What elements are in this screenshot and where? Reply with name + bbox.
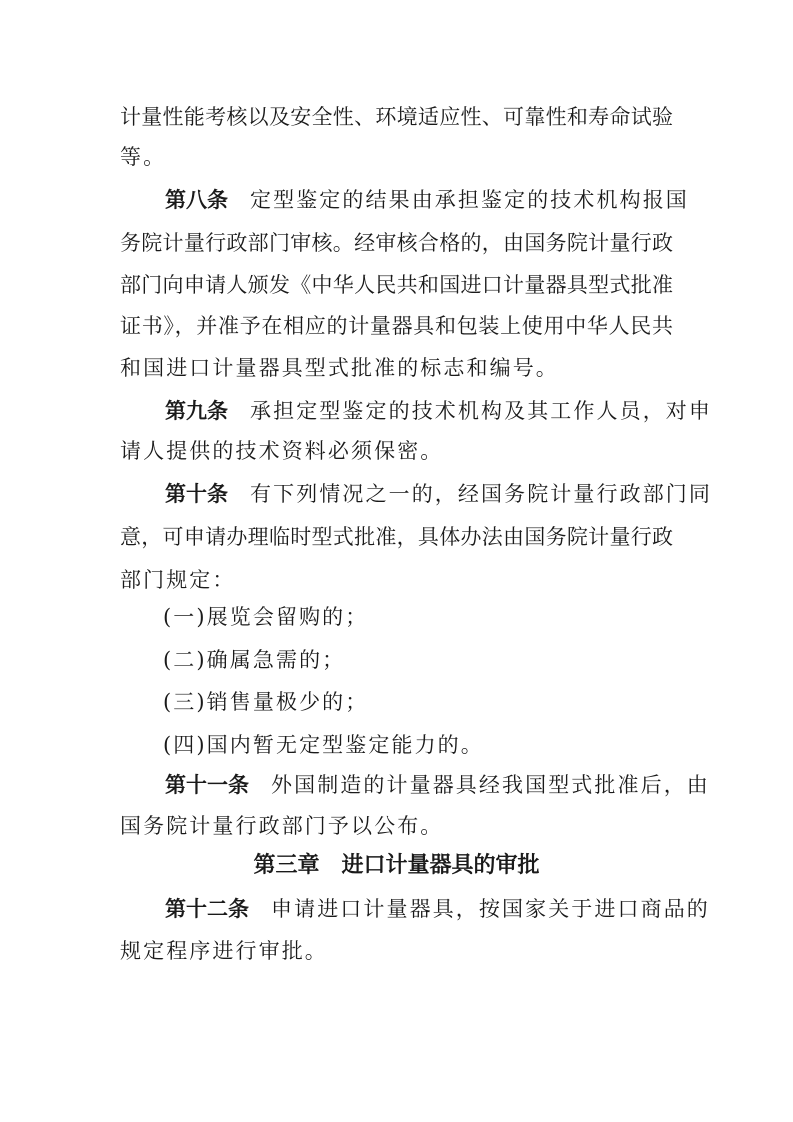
chapter-number: 第三章 [253,853,319,878]
list-item: (四)国内暂无定型鉴定能力的。 [163,730,484,760]
paragraph-text: 承担定型鉴定的技术机构及其工作人员，对申 [250,399,712,423]
paragraph-line: 国务院计量行政部门予以公布。 [120,811,673,841]
paragraph-text: 申请进口计量器具，按国家关于进口商品的 [271,897,710,921]
paragraph-line: 意，可申请办理临时型式批准，具体办法由国务院计量行政 [120,522,673,552]
paragraph-line: 部门向申请人颁发《中华人民共和国进口计量器具型式批准 [120,270,673,300]
article-label: 第十一条 [165,773,249,797]
paragraph-line: 证书》，并准予在相应的计量器具和包装上使用中华人民共 [120,311,673,341]
article-label: 第十二条 [165,897,249,921]
paragraph-line: 请人提供的技术资料必须保密。 [120,436,673,466]
document-page: 计量性能考核以及安全性、环境适应性、可靠性和寿命试验 等。 第八条定型鉴定的结果… [0,0,793,1122]
paragraph-line: 部门规定： [120,565,673,595]
article-label: 第九条 [165,399,228,423]
article-12-first-line: 第十二条申请进口计量器具，按国家关于进口商品的 [165,894,673,924]
paragraph-line: 等。 [120,142,673,172]
paragraph-line: 务院计量行政部门审核。经审核合格的，由国务院计量行政 [120,228,673,258]
article-label: 第八条 [165,188,228,212]
article-9-first-line: 第九条承担定型鉴定的技术机构及其工作人员，对申 [165,396,673,426]
article-label: 第十条 [165,482,228,506]
paragraph-line: 规定程序进行审批。 [120,936,673,966]
list-item: (一)展览会留购的； [163,602,368,632]
article-8-first-line: 第八条定型鉴定的结果由承担鉴定的技术机构报国 [165,185,673,215]
article-10-first-line: 第十条有下列情况之一的，经国务院计量行政部门同 [165,479,673,509]
list-item: (二)确属急需的； [163,645,345,675]
paragraph-text: 外国制造的计量器具经我国型式批准后，由 [271,773,710,797]
paragraph-line: 计量性能考核以及安全性、环境适应性、可靠性和寿命试验 [120,102,673,132]
chapter-heading: 第三章进口计量器具的审批 [120,851,673,881]
paragraph-line: 和国进口计量器具型式批准的标志和编号。 [120,353,673,383]
article-11-first-line: 第十一条外国制造的计量器具经我国型式批准后，由 [165,770,673,800]
list-item: (三)销售量极少的； [163,687,368,717]
chapter-title: 进口计量器具的审批 [342,853,540,878]
paragraph-text: 有下列情况之一的，经国务院计量行政部门同 [250,482,712,506]
paragraph-text: 定型鉴定的结果由承担鉴定的技术机构报国 [250,188,689,212]
